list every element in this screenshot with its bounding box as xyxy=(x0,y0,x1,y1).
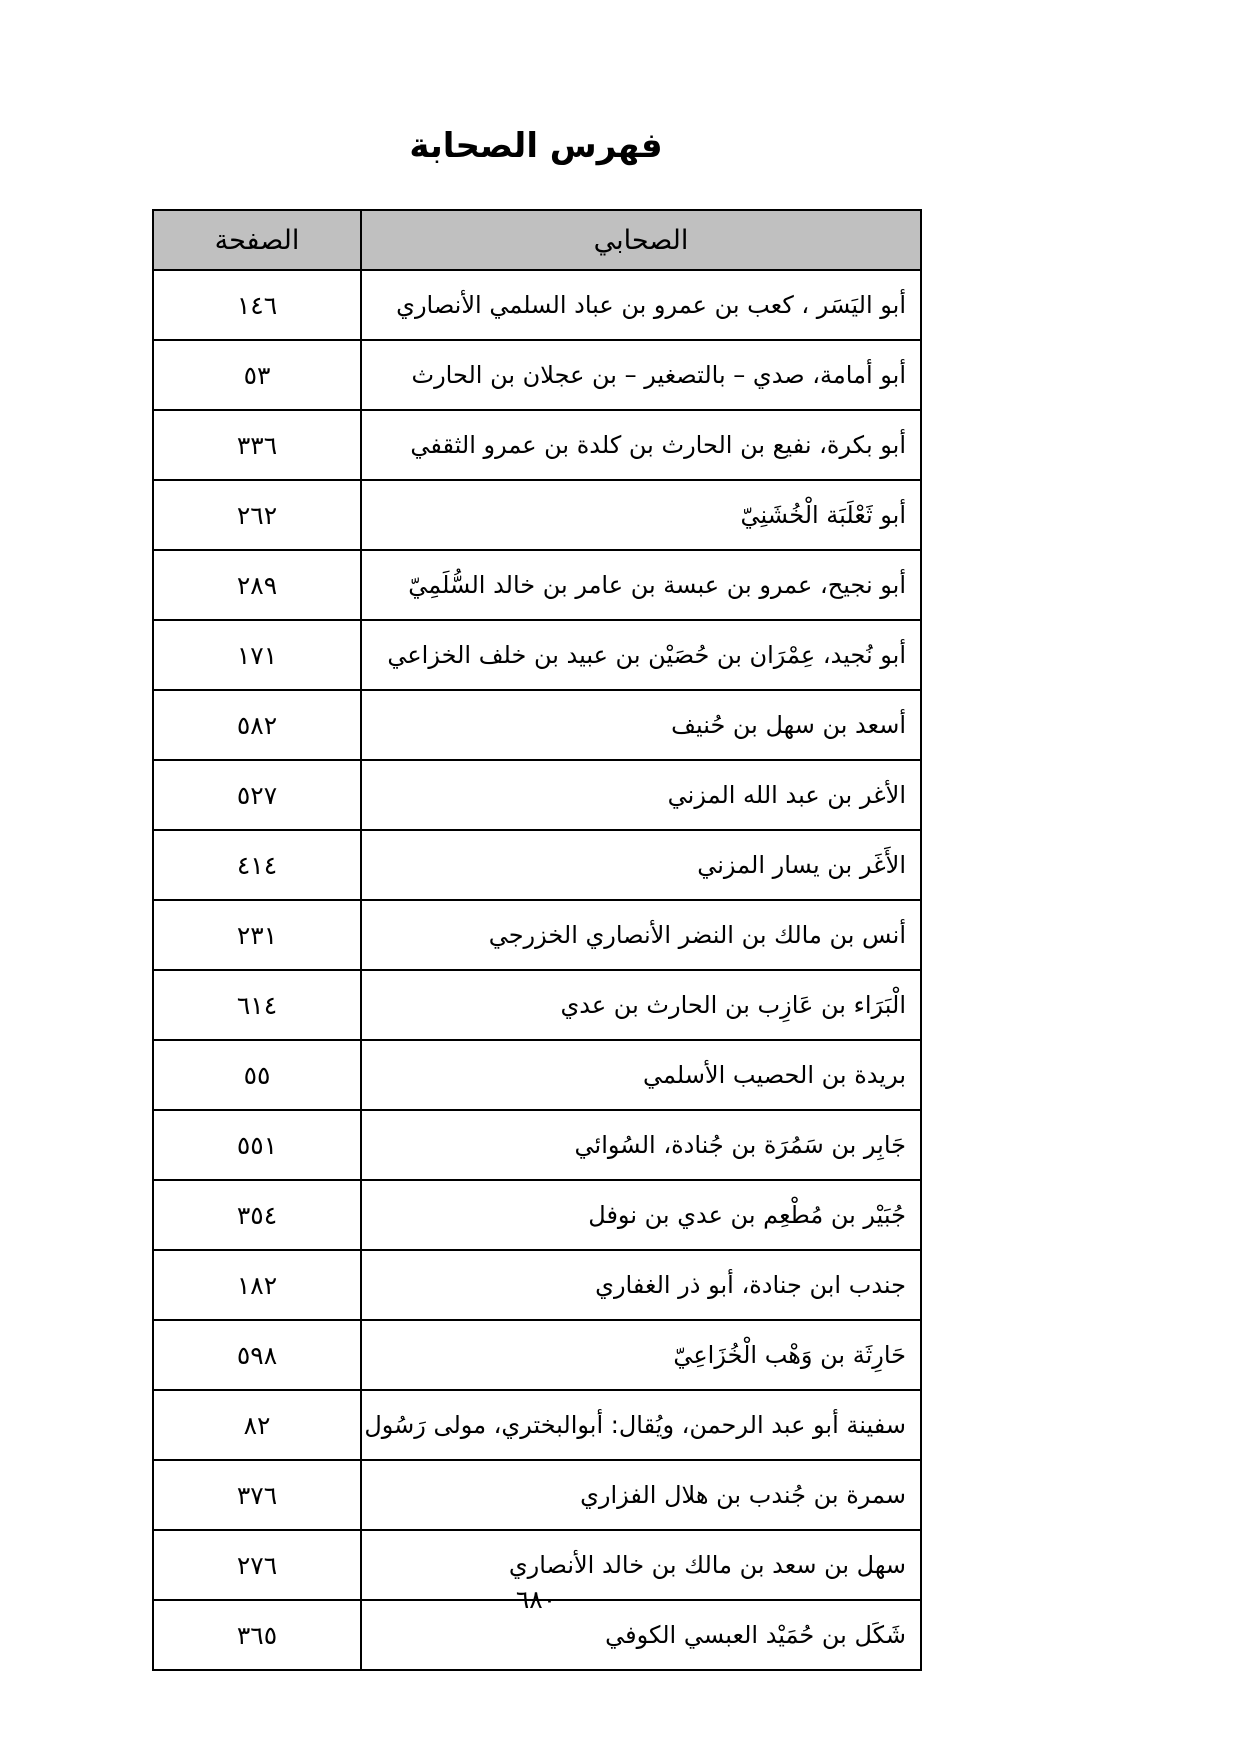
companion-name-cell: جَابِر بن سَمُرَة بن جُنادة، السُوائي xyxy=(361,1110,921,1180)
table-row: أنس بن مالك بن النضر الأنصاري الخزرجي ٢٣… xyxy=(153,900,921,970)
footer-page-number: ٦٨٠ xyxy=(152,1585,920,1614)
table-row: سمرة بن جُندب بن هلال الفزاري ٣٧٦ xyxy=(153,1460,921,1530)
companion-name-cell: حَارِثَة بن وَهْب الْخُزَاعِيّ xyxy=(361,1320,921,1390)
table-row: الأغر بن عبد الله المزني ٥٢٧ xyxy=(153,760,921,830)
table-row: أسعد بن سهل بن حُنيف ٥٨٢ xyxy=(153,690,921,760)
table-row: أبو اليَسَر ، كعب بن عمرو بن عباد السلمي… xyxy=(153,270,921,340)
page-number-cell: ٣٣٦ xyxy=(153,410,361,480)
companion-name-cell: جُبَيْر بن مُطْعِم بن عدي بن نوفل xyxy=(361,1180,921,1250)
table-row: أبو ثَعْلَبَة الْخُشَنِيّ ٢٦٢ xyxy=(153,480,921,550)
companion-column-header: الصحابي xyxy=(361,210,921,270)
table-row: حَارِثَة بن وَهْب الْخُزَاعِيّ ٥٩٨ xyxy=(153,1320,921,1390)
table-row: جَابِر بن سَمُرَة بن جُنادة، السُوائي ٥٥… xyxy=(153,1110,921,1180)
companions-table-body: أبو اليَسَر ، كعب بن عمرو بن عباد السلمي… xyxy=(153,270,921,1670)
table-row: بريدة بن الحصيب الأسلمي ٥٥ xyxy=(153,1040,921,1110)
page-number-cell: ٦١٤ xyxy=(153,970,361,1040)
companion-name-cell: الأَغَر بن يسار المزني xyxy=(361,830,921,900)
page-title: فهرس الصحابة xyxy=(152,126,920,166)
table-row: جُبَيْر بن مُطْعِم بن عدي بن نوفل ٣٥٤ xyxy=(153,1180,921,1250)
companions-index-table: الصحابي الصفحة أبو اليَسَر ، كعب بن عمرو… xyxy=(152,209,922,1671)
table-row: سفينة أبو عبد الرحمن، ويُقال: أبوالبختري… xyxy=(153,1390,921,1460)
companion-name-cell: أبو بكرة، نفيع بن الحارث بن كلدة بن عمرو… xyxy=(361,410,921,480)
companion-name-cell: أنس بن مالك بن النضر الأنصاري الخزرجي xyxy=(361,900,921,970)
page-number-cell: ٥٩٨ xyxy=(153,1320,361,1390)
companion-name-cell: أبو نجيح، عمرو بن عبسة بن عامر بن خالد ا… xyxy=(361,550,921,620)
companion-name-cell: سمرة بن جُندب بن هلال الفزاري xyxy=(361,1460,921,1530)
page-number-cell: ٥٥ xyxy=(153,1040,361,1110)
companion-name-cell: أسعد بن سهل بن حُنيف xyxy=(361,690,921,760)
page-number-cell: ١٤٦ xyxy=(153,270,361,340)
companion-name-cell: بريدة بن الحصيب الأسلمي xyxy=(361,1040,921,1110)
table-row: أبو نُجيد، عِمْرَان بن حُصَيْن بن عبيد ب… xyxy=(153,620,921,690)
table-row: الْبَرَاء بن عَازِب بن الحارث بن عدي ٦١٤ xyxy=(153,970,921,1040)
table-header-row: الصحابي الصفحة xyxy=(153,210,921,270)
table-row: أبو أمامة، صدي – بالتصغير – بن عجلان بن … xyxy=(153,340,921,410)
page-number-cell: ٥٣ xyxy=(153,340,361,410)
page-number-cell: ٢٦٢ xyxy=(153,480,361,550)
companion-name-cell: أبو اليَسَر ، كعب بن عمرو بن عباد السلمي… xyxy=(361,270,921,340)
page-number-cell: ١٧١ xyxy=(153,620,361,690)
document-page: فهرس الصحابة الصحابي الصفحة أبو اليَسَر … xyxy=(0,0,1240,1754)
page-number-cell: ٥٥١ xyxy=(153,1110,361,1180)
companion-name-cell: الأغر بن عبد الله المزني xyxy=(361,760,921,830)
companion-name-cell: سفينة أبو عبد الرحمن، ويُقال: أبوالبختري… xyxy=(361,1390,921,1460)
page-number-cell: ٢٣١ xyxy=(153,900,361,970)
companion-name-cell: أبو نُجيد، عِمْرَان بن حُصَيْن بن عبيد ب… xyxy=(361,620,921,690)
page-number-cell: ٥٢٧ xyxy=(153,760,361,830)
table-row: جندب ابن جنادة، أبو ذر الغفاري ١٨٢ xyxy=(153,1250,921,1320)
table-row: أبو نجيح، عمرو بن عبسة بن عامر بن خالد ا… xyxy=(153,550,921,620)
table-row: أبو بكرة، نفيع بن الحارث بن كلدة بن عمرو… xyxy=(153,410,921,480)
page-number-cell: ٤١٤ xyxy=(153,830,361,900)
page-column-header: الصفحة xyxy=(153,210,361,270)
page-number-cell: ٢٨٩ xyxy=(153,550,361,620)
page-number-cell: ١٨٢ xyxy=(153,1250,361,1320)
page-number-cell: ٥٨٢ xyxy=(153,690,361,760)
page-number-cell: ٣٥٤ xyxy=(153,1180,361,1250)
companion-name-cell: الْبَرَاء بن عَازِب بن الحارث بن عدي xyxy=(361,970,921,1040)
companion-name-cell: جندب ابن جنادة، أبو ذر الغفاري xyxy=(361,1250,921,1320)
table-row: الأَغَر بن يسار المزني ٤١٤ xyxy=(153,830,921,900)
companion-name-cell: أبو أمامة، صدي – بالتصغير – بن عجلان بن … xyxy=(361,340,921,410)
companion-name-cell: أبو ثَعْلَبَة الْخُشَنِيّ xyxy=(361,480,921,550)
page-number-cell: ٨٢ xyxy=(153,1390,361,1460)
page-number-cell: ٣٧٦ xyxy=(153,1460,361,1530)
